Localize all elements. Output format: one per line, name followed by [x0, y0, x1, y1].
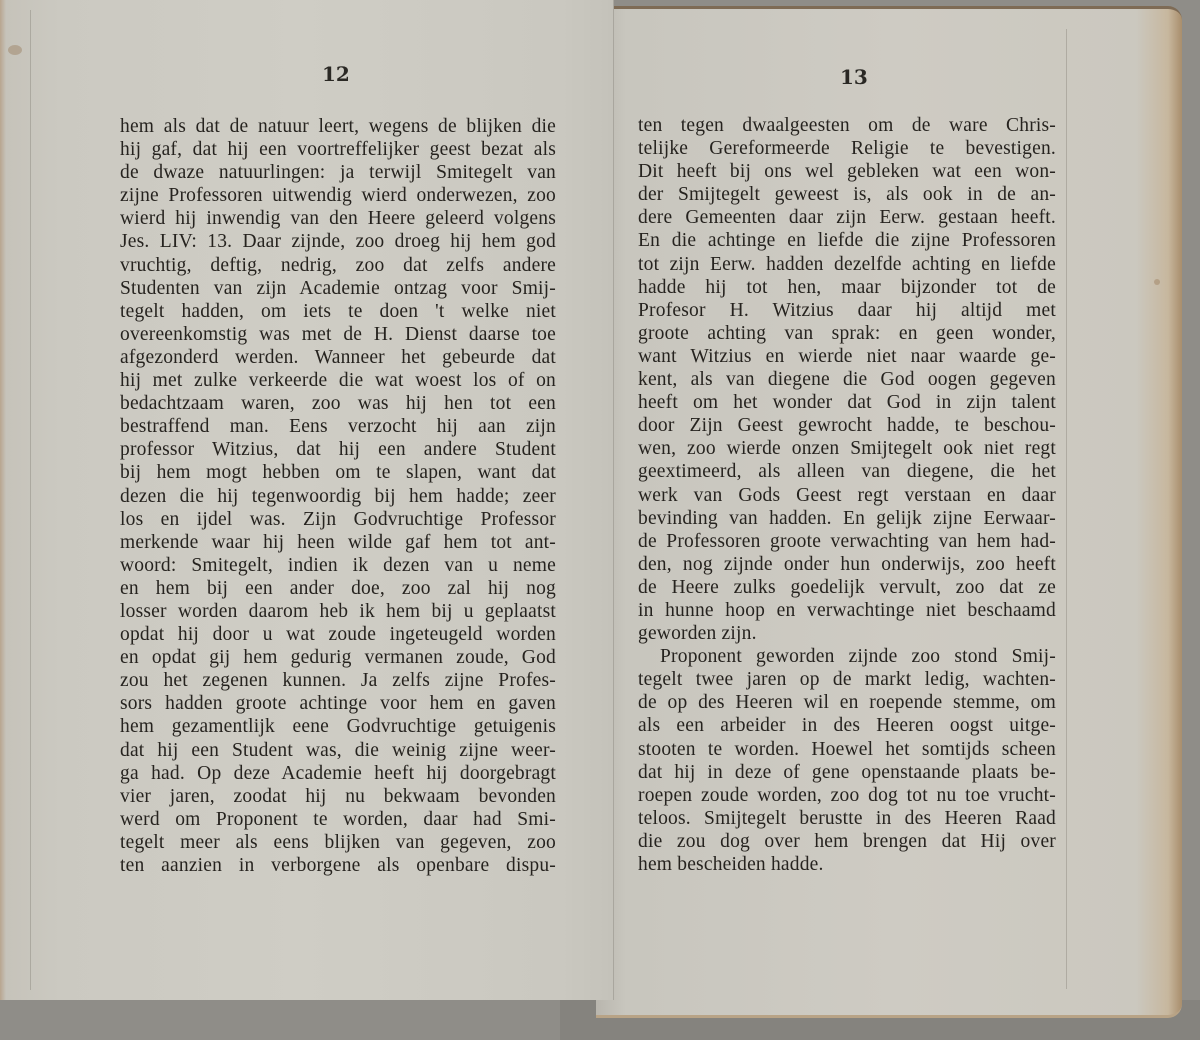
- text-line: dat hij een Student was, die weinig zijn…: [120, 739, 556, 762]
- text-line: hem als dat de natuur leert, wegens de b…: [120, 115, 556, 138]
- text-line: heeft om het wonder dat God in zijn tale…: [638, 391, 1056, 414]
- text-line: afgezonderd werden. Wanneer het gebeurde…: [120, 346, 556, 369]
- text-line: roepen zoude worden, zoo dog tot nu toe …: [638, 784, 1056, 807]
- text-line: losser worden daarom heb ik hem bij u ge…: [120, 600, 556, 623]
- text-line: als een arbeider in des Heeren oogst uit…: [638, 714, 1056, 737]
- text-line: groote achting van sprak: en geen wonder…: [638, 322, 1056, 345]
- text-line: teloos. Smijtegelt berustte in des Heere…: [638, 807, 1056, 830]
- text-line: vier jaren, zoodat hij nu bekwaam bevond…: [120, 785, 556, 808]
- text-line: en opdat gij hem gedurig vermanen zoude,…: [120, 646, 556, 669]
- text-line: hem bescheiden hadde.: [638, 853, 1056, 876]
- page-text: ten tegen dwaalgeesten om de ware Chris-…: [638, 114, 1056, 876]
- text-line: bevinding van hadden. En gelijk zijne Ee…: [638, 507, 1056, 530]
- text-line: wen, zoo wierde onzen Smijtegelt ook nie…: [638, 437, 1056, 460]
- text-line: Studenten van zijn Academie ontzag voor …: [120, 277, 556, 300]
- text-line: hadde hij tot hen, maar bijzonder tot de: [638, 276, 1056, 299]
- text-line: tegelt twee jaren op de markt ledig, wac…: [638, 668, 1056, 691]
- page-number: 13: [840, 65, 868, 89]
- text-line: hij met zulke verkeerde die wat woest lo…: [120, 369, 556, 392]
- text-line: ten aanzien in verborgene als openbare d…: [120, 854, 556, 877]
- text-line: zou het zegenen kunnen. Ja zelfs zijne P…: [120, 669, 556, 692]
- text-line: en hem bij een ander doe, zoo zal hij no…: [120, 577, 556, 600]
- text-line: professor Witzius, dat hij een andere St…: [120, 438, 556, 461]
- text-line: sors hadden groote achtinge voor hem en …: [120, 692, 556, 715]
- text-line: stooten te worden. Hoewel het somtijds s…: [638, 738, 1056, 761]
- paper-crease: [1066, 29, 1067, 989]
- text-line: wierd hij inwendig van den Heere geleerd…: [120, 207, 556, 230]
- text-line: die zou dog over hem brengen dat Hij ove…: [638, 830, 1056, 853]
- text-line: geworden zijn.: [638, 622, 1056, 645]
- text-line: los en ijdel was. Zijn Godvruchtige Prof…: [120, 508, 556, 531]
- text-line: hem gezamentlijk eene Godvruchtige getui…: [120, 715, 556, 738]
- text-line: Jes. LIV: 13. Daar zijnde, zoo droeg hij…: [120, 230, 556, 253]
- text-line: hij gaf, dat hij een voortreffelijker ge…: [120, 138, 556, 161]
- text-line: woord: Smitegelt, indien ik dezen van u …: [120, 554, 556, 577]
- page-number: 12: [322, 62, 350, 86]
- text-line: dere Gemeenten daar zijn Eerw. gestaan h…: [638, 206, 1056, 229]
- text-line: opdat hij door u wat zoude ingeteugeld w…: [120, 623, 556, 646]
- text-line: tegelt meer als eens blijken van gegeven…: [120, 831, 556, 854]
- left-page: 12 hem als dat de natuur leert, wegens d…: [0, 0, 614, 1000]
- text-line: Dit heeft bij ons wel gebleken wat een w…: [638, 160, 1056, 183]
- text-line: de dwaze natuurlingen: ja terwijl Smiteg…: [120, 161, 556, 184]
- text-line: bedachtzaam waren, zoo was hij hen tot e…: [120, 392, 556, 415]
- text-line: bij hem mogt hebben om te slapen, want d…: [120, 461, 556, 484]
- text-line: dezen die hij tegenwoordig bij hem hadde…: [120, 485, 556, 508]
- text-line: geextimeerd, als alleen van diegene, die…: [638, 460, 1056, 483]
- text-line: vruchtig, deftig, nedrig, zoo dat zelfs …: [120, 254, 556, 277]
- text-line: de Professoren groote verwachting van he…: [638, 530, 1056, 553]
- foxing-spot: [8, 45, 22, 55]
- text-line: En die achtinge en liefde die zijne Prof…: [638, 229, 1056, 252]
- text-line: merkende waar hij heen wilde gaf hem tot…: [120, 531, 556, 554]
- text-line: de Heere zulks goedelijk vervult, zoo da…: [638, 576, 1056, 599]
- text-line: de op des Heeren wil en roepende stemme,…: [638, 691, 1056, 714]
- right-page: 13 ten tegen dwaalgeesten om de ware Chr…: [596, 6, 1182, 1018]
- text-line: overeenkomstig was met de H. Dienst daar…: [120, 323, 556, 346]
- page-text: hem als dat de natuur leert, wegens de b…: [120, 115, 556, 877]
- text-line: door Zijn Geest gewrocht hadde, te besch…: [638, 414, 1056, 437]
- text-line: zijne Professoren uitwendig wierd onderw…: [120, 184, 556, 207]
- text-line: dat hij in deze of gene openstaande plaa…: [638, 761, 1056, 784]
- text-line: werd om Proponent te worden, daar had Sm…: [120, 808, 556, 831]
- text-line: bestraffend man. Eens verzocht hij aan z…: [120, 415, 556, 438]
- text-line: den, nog zijnde onder hun onderwijs, zoo…: [638, 553, 1056, 576]
- text-line: tegelt hadden, om iets te doen 't welke …: [120, 300, 556, 323]
- paper-crease: [30, 10, 31, 990]
- text-line: kent, als van diegene die God oogen gege…: [638, 368, 1056, 391]
- text-line: ga had. Op deze Academie heeft hij doorg…: [120, 762, 556, 785]
- text-line: in hunne hoop en verwachtinge niet besch…: [638, 599, 1056, 622]
- text-line: der Smijtegelt geweest is, als ook in de…: [638, 183, 1056, 206]
- text-line: Proponent geworden zijnde zoo stond Smij…: [638, 645, 1056, 668]
- text-line: ten tegen dwaalgeesten om de ware Chris-: [638, 114, 1056, 137]
- text-line: want Witzius en wierde niet naar waarde …: [638, 345, 1056, 368]
- text-line: werk van Gods Geest regt verstaan en daa…: [638, 484, 1056, 507]
- foxing-spot: [1154, 279, 1160, 285]
- text-line: Profesor H. Witzius daar hij altijd met: [638, 299, 1056, 322]
- text-line: tot zijn Eerw. hadden dezelfde achting e…: [638, 253, 1056, 276]
- text-line: telijke Gereformeerde Religie te bevesti…: [638, 137, 1056, 160]
